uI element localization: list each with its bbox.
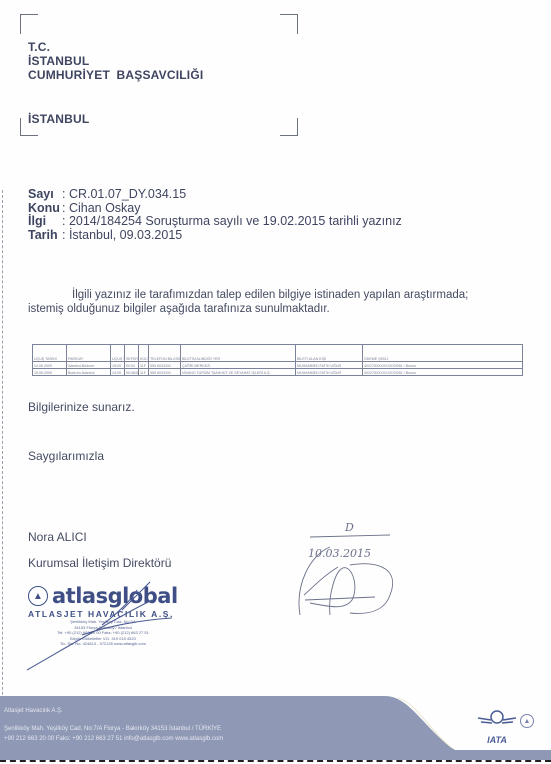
footer-address: Şenlikköy Mah. Yeşilköy Cad. No:7/A Flor… [4,726,221,732]
cell-buyer: MUHAMMED FATİH UĞUR [296,369,363,376]
svg-text:10.03.2015: 10.03.2015 [308,547,371,560]
header-phone: TELEFON BİLGİSİ [149,345,181,362]
body-line-2: istemiş olduğunuz bilgiler aşağıda taraf… [28,302,538,316]
header-buyer: BİLETİ ALAN KİŞİ [296,345,363,362]
body-line-1: İlgili yazınız ile tarafımızdan talep ed… [28,288,538,302]
header-purchase-place: BİLETİN ALINDIĞI YER [181,345,296,362]
header-flight-date: UÇUŞ TARİHİ [33,345,67,362]
svg-text:D: D [344,521,354,534]
header-seat-no: KOLTUK NO [139,345,149,362]
cell-route: Bodrum-İstanbul [67,369,111,376]
header-flight-time: UÇUŞ SAATİ [111,345,125,362]
cell-route: İstanbul-Bodrum [67,362,111,369]
signature-icon: D 10.03.2015 [290,515,420,625]
meta-sayi-value: : CR.01.07_DY.034.15 [62,188,186,202]
closing-line-1: Bilgilerinize sunarız. [28,400,135,414]
cell-flight-date: 14.06.2009 [33,362,67,369]
header-payment: ÖDEME ŞEKLİ [363,345,523,362]
footer-company: Atlasjet Havacılık A.Ş. [4,708,63,714]
iata-logo: IATA [476,708,518,744]
meta-ilgi-value: : 2014/184254 Soruşturma sayılı ve 19.02… [62,215,402,229]
header-route: PARKUR [67,345,111,362]
meta-tarih-label: Tarih [28,229,62,243]
company-stamp: ▲ atlasglobal ATLASJET HAVACILIK A.Ş. Şe… [28,584,178,674]
recipient-line-istanbul: İSTANBUL [28,54,89,68]
meta-ilgi: İlgi : 2014/184254 Soruşturma sayılı ve … [28,215,402,229]
cell-payment: 4022753XXXXXXX0051 / Bonus [363,362,523,369]
certification-badge-icon: ▲ [520,714,534,728]
cell-phone: 555 6033191 [149,362,181,369]
cell-flight-date: 15.06.2009 [33,369,67,376]
meta-tarih: Tarih : İstanbul, 09.03.2015 [28,229,402,243]
meta-sayi-label: Sayı [28,188,62,202]
cell-seat-no: 11F [139,362,149,369]
body-paragraph: İlgili yazınız ile tarafımızdan talep ed… [28,288,538,316]
letter-page: T.C. İSTANBUL CUMHURİYET BAŞSAVCILIĞI İS… [0,0,551,764]
cell-flight-time: 15:00 [111,362,125,369]
meta-konu-label: Konu [28,202,62,216]
cell-payment: 4022753XXXXXXX0051 / Bonus [363,369,523,376]
table-row: 15.06.2009 Bodrum-İstanbul 14:00 KK4841 … [33,369,523,376]
handwritten-signature: D 10.03.2015 [290,515,420,625]
cell-flight-time: 14:00 [111,369,125,376]
cell-purchase-place: ÇAĞRI MERKEZİ [181,362,296,369]
letter-metadata: Sayı : CR.01.07_DY.034.15 Konu : Cihan O… [28,188,402,242]
signatory-title: Kurumsal İletişim Direktörü [28,556,171,570]
flight-records-table: UÇUŞ TARİHİ PARKUR UÇUŞ SAATİ SEFER NO K… [32,344,523,376]
table-header-row: UÇUŞ TARİHİ PARKUR UÇUŞ SAATİ SEFER NO K… [33,345,523,362]
meta-ilgi-label: İlgi [28,215,62,229]
meta-sayi: Sayı : CR.01.07_DY.034.15 [28,188,402,202]
iata-label: IATA [476,735,518,745]
signatory-name: Nora ALICI [28,530,87,544]
meta-konu-value: : Cihan Oskay [62,202,141,216]
cell-seat-no: 11F [139,369,149,376]
scan-edge-dashed [2,190,3,735]
cell-buyer: MUHAMMED FATİH UĞUR [296,362,363,369]
footer-band [0,690,551,760]
cell-flight-no: KK4841 [125,369,139,376]
cell-phone: 555 6033191 [149,369,181,376]
address-corner-top-left [20,14,38,34]
address-corner-bottom-right [280,118,298,136]
stamp-signature-scribble [22,580,202,680]
cell-purchase-place: NİVANO TURİZM TAAHHÜT VE SEYAHAT İŞLERİ … [181,369,296,376]
meta-konu: Konu : Cihan Oskay [28,202,402,216]
recipient-city: İSTANBUL [28,112,89,126]
iata-wings-icon [476,708,518,730]
scan-edge-bottom [0,760,551,762]
cell-flight-no: KK34 [125,362,139,369]
footer-contact: +90 212 663 20 00 Faks: +90 212 663 27 5… [4,736,223,742]
header-flight-no: SEFER NO [125,345,139,362]
recipient-line-tc: T.C. [28,40,50,54]
table-row: 14.06.2009 İstanbul-Bodrum 15:00 KK34 11… [33,362,523,369]
closing-line-2: Saygılarımızla [28,449,104,463]
recipient-line-office: CUMHURİYET BAŞSAVCILIĞI [28,68,203,82]
address-corner-top-right [280,14,298,34]
meta-tarih-value: : İstanbul, 09.03.2015 [62,229,182,243]
